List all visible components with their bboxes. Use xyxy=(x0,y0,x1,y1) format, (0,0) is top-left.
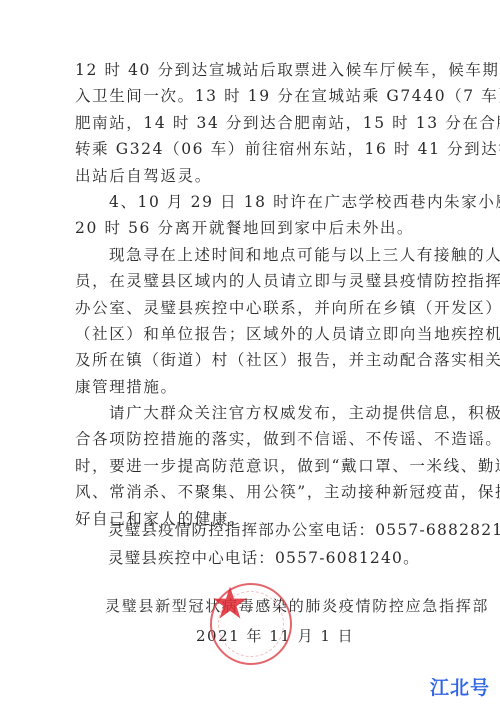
text-line: 出站后自驾返灵。 xyxy=(75,163,425,189)
text-line: 时，要进一步提高防范意识，做到“戴口罩、一米线、勤通 xyxy=(75,453,425,479)
text-line: 康管理措施。 xyxy=(75,374,425,400)
office-phone-line: 灵璧县疫情防控指挥部办公室电话：0557-6882821； xyxy=(108,518,500,540)
watermark-logo: 江北号 xyxy=(430,673,490,700)
text-line: 请广大群众关注官方权威发布，主动提供信息，积极配 xyxy=(75,400,425,426)
text-line: 12 时 40 分到达宣城站后取票进入候车厅候车，候车期间进 xyxy=(75,57,425,83)
text-line: 员，在灵璧县区域内的人员请立即与灵璧县疫情防控指挥部 xyxy=(75,268,425,294)
cdc-phone-line: 灵璧县疾控中心电话：0557-6081240。 xyxy=(108,546,420,568)
text-line: （社区）和单位报告；区域外的人员请立即向当地疾控机构 xyxy=(75,321,425,347)
text-line: 肥南站，14 时 34 分到达合肥南站，15 时 13 分在合肥南站 xyxy=(75,110,425,136)
document-body: 12 时 40 分到达宣城站后取票进入候车厅候车，候车期间进入卫生间一次。13 … xyxy=(75,57,425,532)
text-line: 风、常消杀、不聚集、用公筷”，主动接种新冠疫苗，保护 xyxy=(75,479,425,505)
text-line: 入卫生间一次。13 时 19 分在宣城站乘 G7440（7 车）前往合 xyxy=(75,83,425,109)
issue-date: 2021 年 11 月 1 日 xyxy=(196,625,354,646)
issuer-signature: 灵璧县新型冠状病毒感染的肺炎疫情防控应急指挥部 xyxy=(105,595,489,616)
text-line: 及所在镇（街道）村（社区）报告，并主动配合落实相关健 xyxy=(75,347,425,373)
text-line: 现急寻在上述时间和地点可能与以上三人有接触的人 xyxy=(75,242,425,268)
text-line: 4、10 月 29 日 18 时许在广志学校西巷内朱家小厨就餐， xyxy=(75,189,425,215)
text-line: 转乘 G324（06 车）前往宿州东站，16 时 41 分到达宿州东站， xyxy=(75,136,425,162)
text-line: 办公室、灵璧县疾控中心联系，并向所在乡镇（开发区）村 xyxy=(75,295,425,321)
document-page: 12 时 40 分到达宣城站后取票进入候车厅候车，候车期间进入卫生间一次。13 … xyxy=(0,0,500,708)
text-line: 合各项防控措施的落实，做到不信谣、不传谣、不造谣。同 xyxy=(75,426,425,452)
text-line: 20 时 56 分离开就餐地回到家中后未外出。 xyxy=(75,215,425,241)
